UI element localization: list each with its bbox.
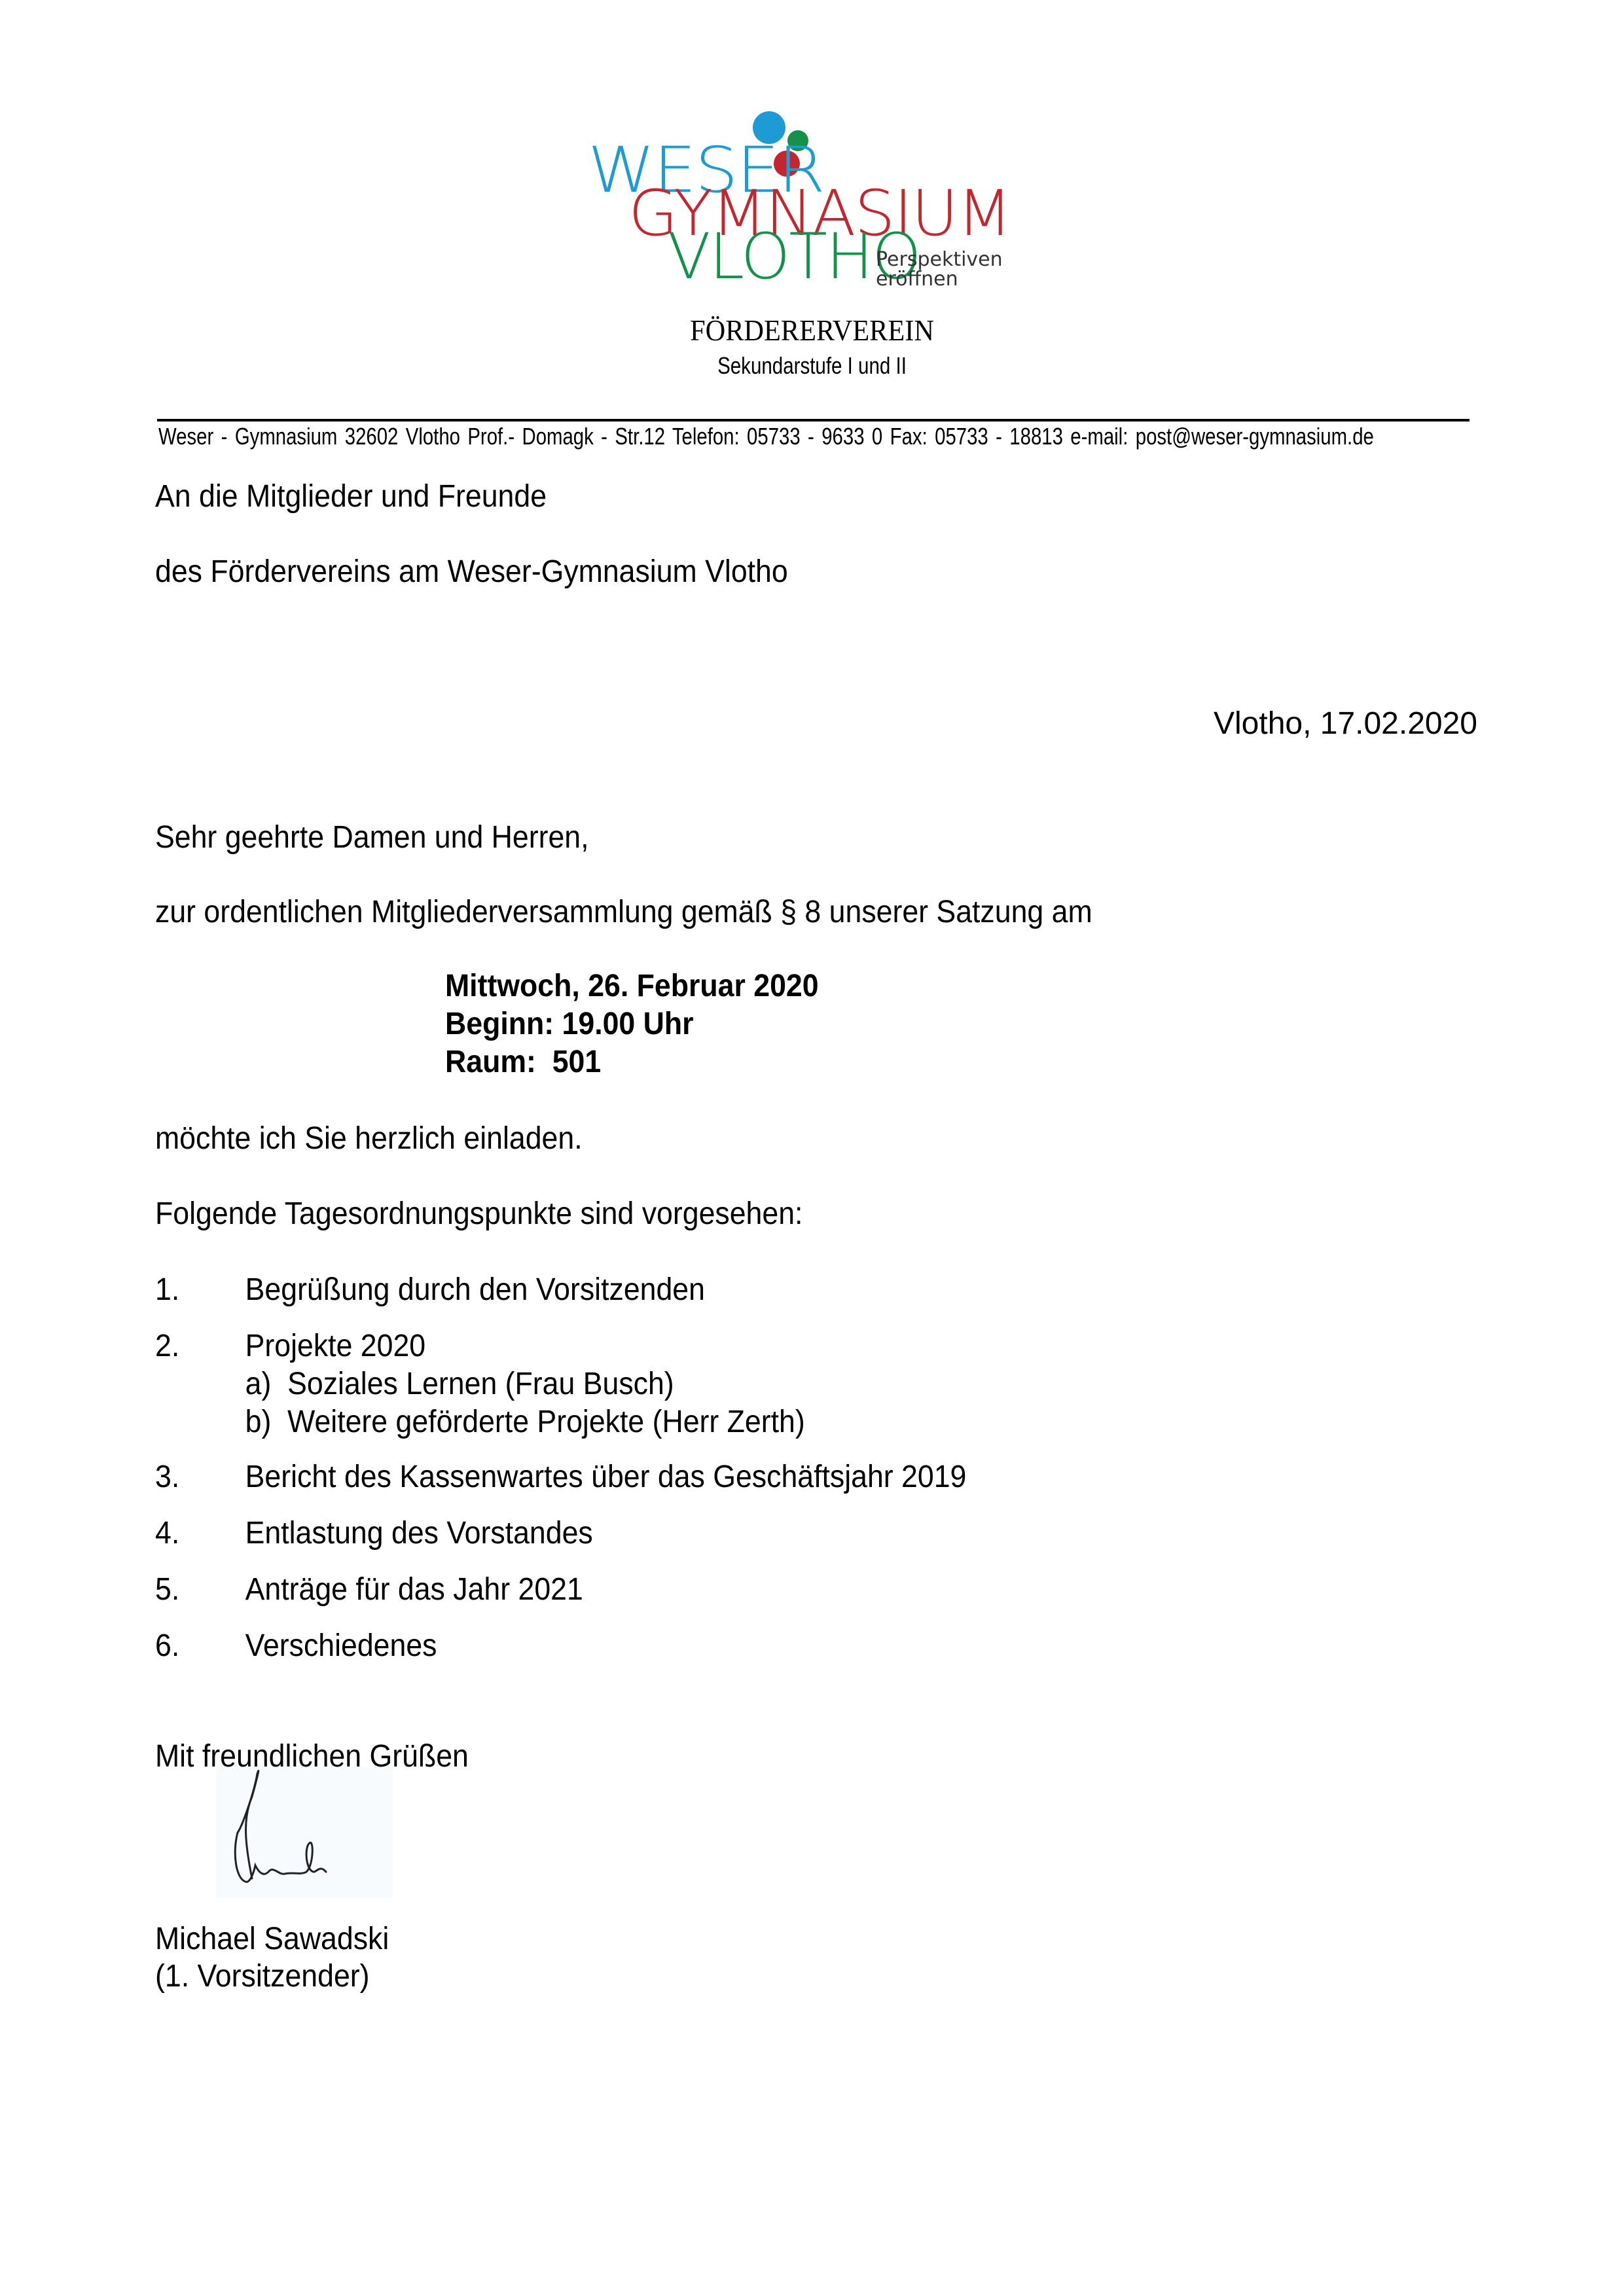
agenda-subitem: b) Weitere geförderte Projekte (Herr Zer…	[245, 1403, 805, 1441]
signer-name: Michael Sawadski	[155, 1921, 389, 1957]
agenda-item-label: Verschiedenes	[245, 1627, 437, 1665]
agenda-item: 6.Verschiedenes	[155, 1627, 437, 1665]
meeting-room: Raum: 501	[445, 1043, 819, 1081]
meeting-details: Mittwoch, 26. Februar 2020 Beginn: 19.00…	[445, 967, 819, 1081]
agenda-item: 2.Projekte 2020a) Soziales Lernen (Frau …	[155, 1327, 805, 1441]
agenda-intro: Folgende Tagesordnungspunkte sind vorges…	[155, 1196, 803, 1232]
agenda-item-number: 1.	[155, 1271, 179, 1309]
agenda-item: 1.Begrüßung durch den Vorsitzenden	[155, 1271, 705, 1309]
agenda-item-number: 3.	[155, 1458, 179, 1496]
association-subtitle: Sekundarstufe I und II	[146, 352, 1477, 380]
letterhead-divider	[157, 419, 1470, 422]
signature-image	[216, 1767, 393, 1898]
agenda-item-label: Begrüßung durch den Vorsitzenden	[245, 1271, 705, 1309]
meeting-date: Mittwoch, 26. Februar 2020	[445, 967, 819, 1005]
recipient-line-2: des Fördervereins am Weser-Gymnasium Vlo…	[155, 554, 788, 590]
contact-address-line: Weser - Gymnasium 32602 Vlotho Prof.- Do…	[158, 423, 1374, 450]
agenda-item-number: 2.	[155, 1327, 179, 1365]
salutation: Sehr geehrte Damen und Herren,	[155, 819, 589, 855]
agenda-item-number: 5.	[155, 1571, 179, 1609]
letter-date: Vlotho, 17.02.2020	[1214, 706, 1477, 742]
agenda-item-label: Projekte 2020	[245, 1327, 805, 1365]
logo-tagline: Perspektiven eröffnen	[876, 250, 1074, 289]
signature-icon	[216, 1767, 393, 1898]
association-title: FÖRDERERVEREIN	[65, 313, 1559, 348]
school-logo: WESER GYMNASIUM VLOTHO Perspektiven eröf…	[576, 105, 1074, 281]
agenda-item-number: 6.	[155, 1627, 179, 1665]
agenda-item: 4.Entlastung des Vorstandes	[155, 1515, 593, 1552]
agenda-subitem: a) Soziales Lernen (Frau Busch)	[245, 1365, 805, 1403]
signer-role: (1. Vorsitzender)	[155, 1958, 370, 1994]
agenda-item: 3.Bericht des Kassenwartes über das Gesc…	[155, 1458, 966, 1496]
recipient-line-1: An die Mitglieder und Freunde	[155, 478, 547, 514]
meeting-start-time: Beginn: 19.00 Uhr	[445, 1005, 819, 1043]
intro-paragraph: zur ordentlichen Mitgliederversammlung g…	[155, 894, 1092, 930]
agenda-item: 5.Anträge für das Jahr 2021	[155, 1571, 583, 1609]
agenda-item-label: Entlastung des Vorstandes	[245, 1515, 593, 1552]
agenda-item-number: 4.	[155, 1515, 179, 1552]
agenda-item-label: Anträge für das Jahr 2021	[245, 1571, 583, 1609]
invitation-sentence: möchte ich Sie herzlich einladen.	[155, 1121, 583, 1157]
agenda-item-label: Bericht des Kassenwartes über das Geschä…	[245, 1458, 967, 1496]
